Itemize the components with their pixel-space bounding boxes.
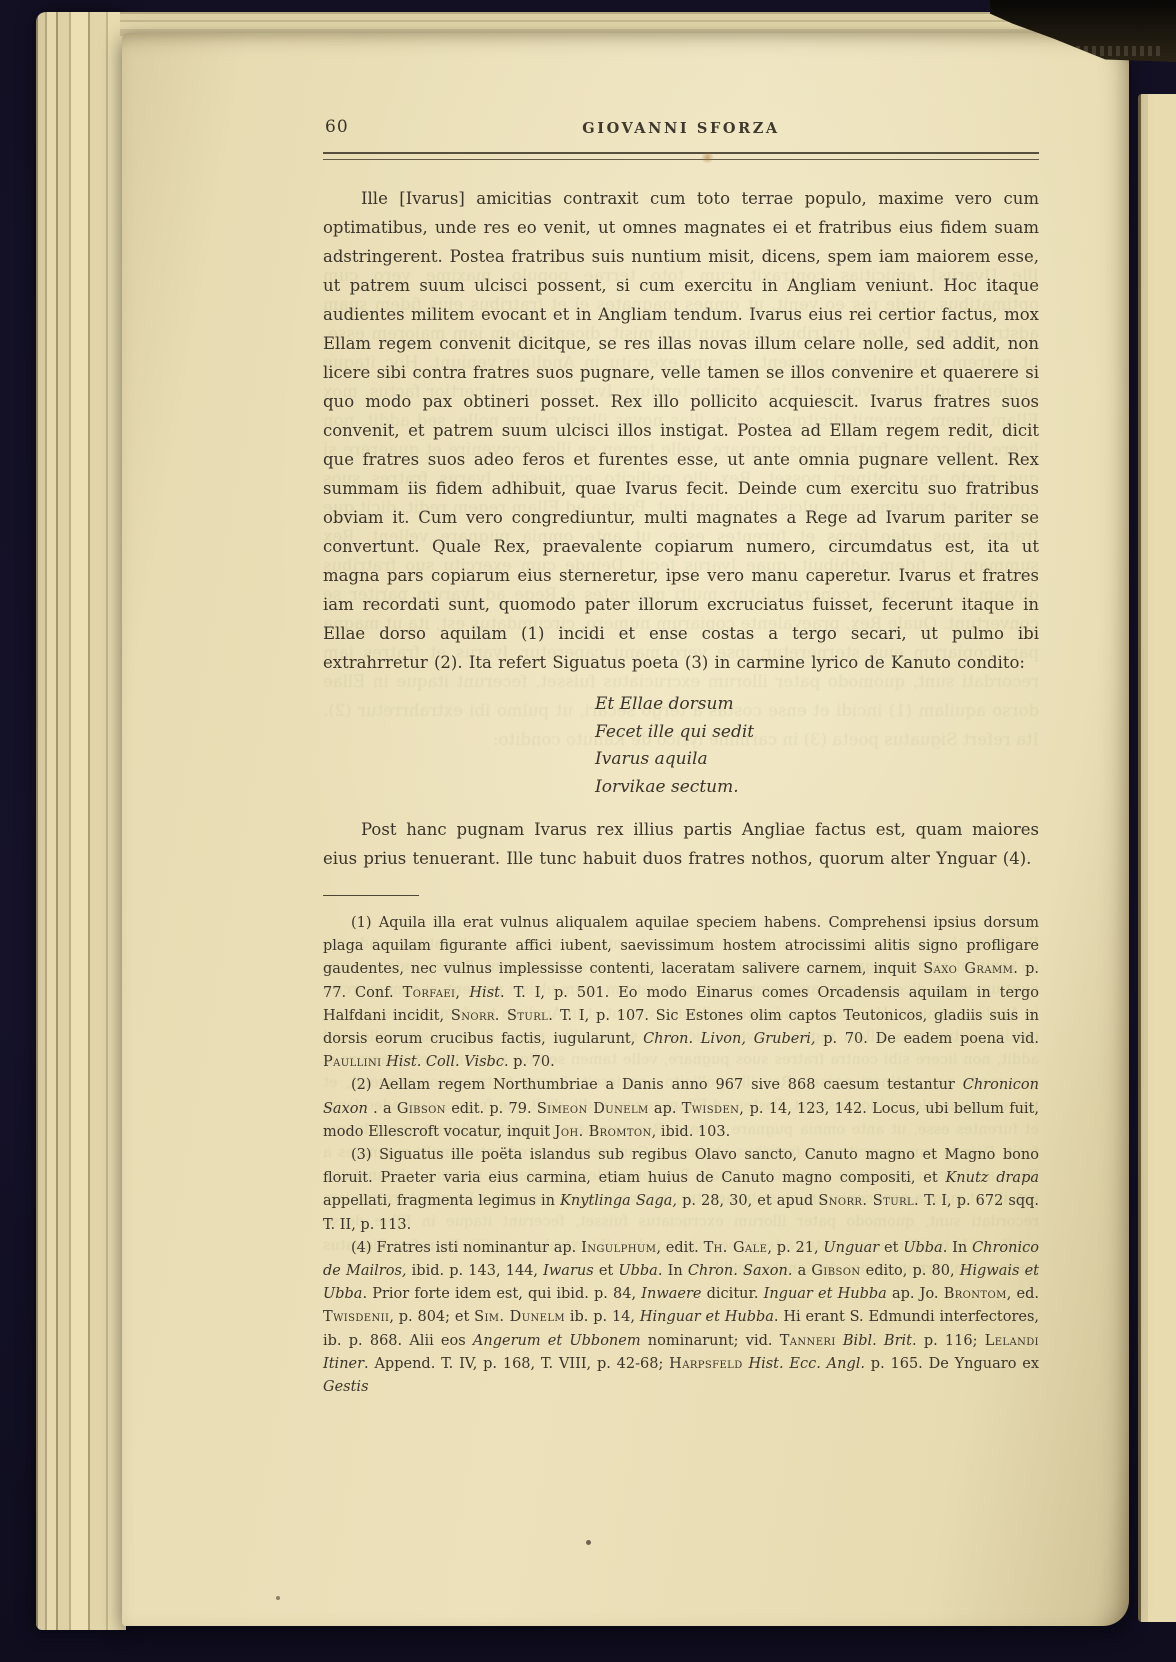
- next-page-edge: [1138, 94, 1176, 1622]
- footnote: (2) Aellam regem Northumbriae a Danis an…: [323, 1074, 1039, 1144]
- verse-line: Et Ellae dorsum: [595, 691, 1039, 719]
- running-title: GIOVANNI SFORZA: [323, 120, 1039, 137]
- verse-block: Et Ellae dorsum Fecet ille qui sedit Iva…: [595, 691, 1039, 801]
- text-column: 60 GIOVANNI SFORZA Ille [Ivarus] amiciti…: [323, 117, 1039, 1399]
- footnote: (1) Aquila illa erat vulnus aliqualem aq…: [323, 912, 1039, 1074]
- book-scan: Ille [Ivarus] amicitias contraxit cum to…: [0, 0, 1176, 1662]
- page-stack-left-edges: [36, 12, 126, 1630]
- footnote: (4) Fratres isti nominantur ap. Ingulphu…: [323, 1237, 1039, 1399]
- book-page: Ille [Ivarus] amicitias contraxit cum to…: [122, 33, 1129, 1626]
- footnote: (3) Siguatus ille poëta islandus sub reg…: [323, 1144, 1039, 1237]
- footnotes-section: (1) Aquila illa erat vulnus aliqualem aq…: [323, 912, 1039, 1399]
- page-header: 60 GIOVANNI SFORZA: [323, 117, 1039, 141]
- body-paragraph: Ille [Ivarus] amicitias contraxit cum to…: [323, 184, 1039, 677]
- verse-line: Iorvikae sectum.: [595, 774, 1039, 802]
- verse-line: Fecet ille qui sedit: [595, 719, 1039, 747]
- body-paragraph: Post hanc pugnam Ivarus rex illius parti…: [323, 815, 1039, 873]
- header-rule: [323, 152, 1039, 160]
- footnote-separator: [323, 895, 419, 896]
- verse-line: Ivarus aquila: [595, 746, 1039, 774]
